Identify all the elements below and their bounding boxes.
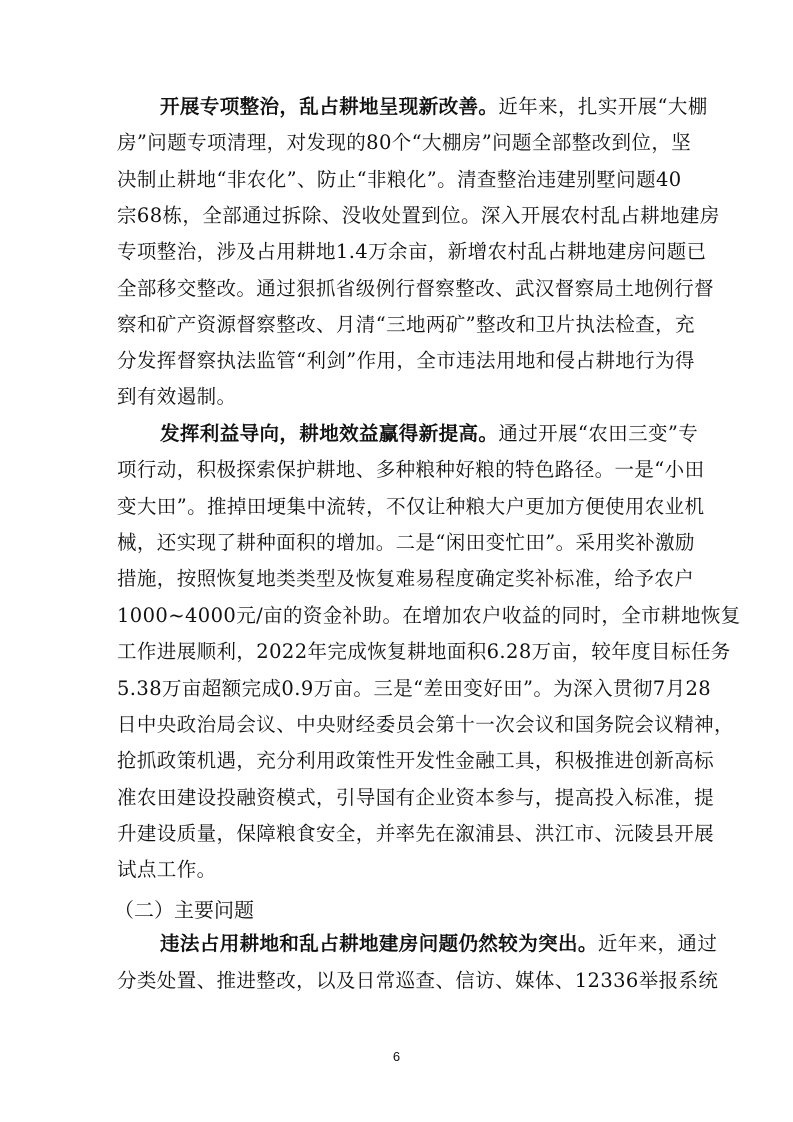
paragraph-2-line-11: 准农田建设投融资模式，引导国有企业资本参与，提高投入标准，提 [117,783,673,813]
paragraph-1-line-2: 房”问题专项清理，对发现的80个“大棚房”问题全部整改到位，坚 [117,128,673,158]
paragraph-1-line-6: 全部移交整改。通过狠抓省级例行督察整改、武汉督察局土地例行督 [117,274,673,304]
paragraph-1-line-9: 到有效遏制。 [117,382,673,412]
paragraph-2-line-7: 工作进展顺利，2022年完成恢复耕地面积6.28万亩，较年度目标任务 [117,637,673,667]
paragraph-3-line-1: 违法占用耕地和乱占耕地建房问题仍然较为突出。近年来，通过 [160,929,673,959]
paragraph-2-line-12: 升建设质量，保障粮食安全，并率先在溆浦县、洪江市、沅陵县开展 [117,819,673,849]
paragraph-2-line-13: 试点工作。 [117,855,673,885]
paragraph-1-line-3: 决制止耕地“非农化”、防止“非粮化”。清查整治违建别墅问题40 [117,165,673,195]
paragraph-2-line-2: 项行动，积极探索保护耕地、多种粮种好粮的特色路径。一是“小田 [117,455,673,485]
page-number: 6 [0,1049,793,1064]
paragraph-1-line-1: 开展专项整治，乱占耕地呈现新改善。近年来，扎实开展“大棚 [160,92,673,122]
paragraph-3-lead: 违法占用耕地和乱占耕地建房问题仍然较为突出。 [160,932,598,955]
paragraph-2-line-3: 变大田”。推掉田埂集中流转，不仅让种粮大户更加方便使用农业机 [117,492,673,522]
document-page: 开展专项整治，乱占耕地呈现新改善。近年来，扎实开展“大棚 房”问题专项清理，对发… [0,0,793,1122]
paragraph-1-line-5: 专项整治，涉及占用耕地1.4万余亩，新增农村乱占耕地建房问题已 [117,237,673,267]
paragraph-2-line-6: 1000~4000元/亩的资金补助。在增加农户收益的同时，全市耕地恢复 [117,601,673,631]
paragraph-2-line-4: 械，还实现了耕种面积的增加。二是“闲田变忙田”。采用奖补激励 [117,528,673,558]
paragraph-1-line-8: 分发挥督察执法监管“利剑”作用，全市违法用地和侵占耕地行为得 [117,346,673,376]
paragraph-3-line-2: 分类处置、推进整改，以及日常巡查、信访、媒体、12336举报系统 [117,966,673,996]
paragraph-2-line-1: 发挥利益导向，耕地效益赢得新提高。通过开展“农田三变”专 [160,419,673,449]
paragraph-1-line-7: 察和矿产资源督察整改、月清“三地两矿”整改和卫片执法检查，充 [117,310,673,340]
paragraph-2-line-5: 措施，按照恢复地类类型及恢复难易程度确定奖补标准，给予农户 [117,564,673,594]
paragraph-2-line-8: 5.38万亩超额完成0.9万亩。三是“差田变好田”。为深入贯彻7月28 [117,674,673,704]
section-heading: （二）主要问题 [114,894,254,926]
paragraph-1-line-4: 宗68栋，全部通过拆除、没收处置到位。深入开展农村乱占耕地建房 [117,201,673,231]
paragraph-2-line-10: 抢抓政策机遇，充分利用政策性开发性金融工具，积极推进创新高标 [117,746,673,776]
paragraph-2-lead: 发挥利益导向，耕地效益赢得新提高。 [160,422,498,445]
paragraph-1-lead: 开展专项整治，乱占耕地呈现新改善。 [160,95,498,118]
paragraph-2-line-9: 日中央政治局会议、中央财经委员会第十一次会议和国务院会议精神， [117,710,673,740]
